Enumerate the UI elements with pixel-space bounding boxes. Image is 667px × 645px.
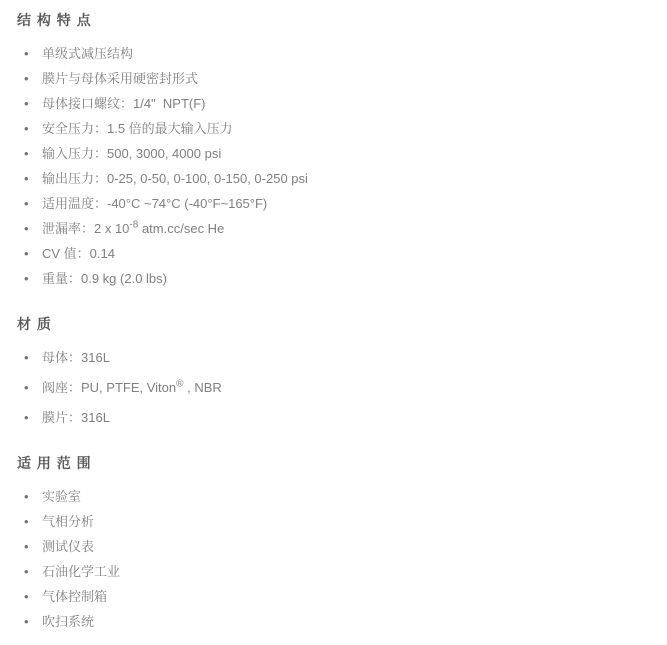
list-item-text: 泄漏率：2 x 10-8 atm.cc/sec He	[42, 221, 224, 236]
list-item-text-pre: 输入压力：500, 3000, 4000 psi	[42, 146, 221, 161]
list-item: • 泄漏率：2 x 10-8 atm.cc/sec He	[24, 221, 647, 236]
list-item-text-pre: 阀座：PU, PTFE, Viton	[42, 380, 176, 395]
list-item: • 安全压力：1.5 倍的最大输入压力	[24, 121, 647, 136]
list-item: • 膜片与母体采用硬密封形式	[24, 71, 647, 86]
list-item-text-tail: , NBR	[184, 380, 222, 395]
list-item-text-pre: 石油化学工业	[42, 564, 120, 579]
list-item-text-pre: 母体：316L	[42, 350, 110, 365]
bullet-icon: •	[24, 350, 42, 365]
spec-list: • 母体：316L • 阀座：PU, PTFE, Viton® , NBR • …	[17, 350, 647, 425]
spec-list: • 单级式减压结构 • 膜片与母体采用硬密封形式 • 母体接口螺纹：1/4" N…	[17, 46, 647, 286]
list-item-text: 适用温度：-40°C ~74°C (-40°F~165°F)	[42, 196, 267, 211]
list-item-text: CV 值：0.14	[42, 246, 115, 261]
list-item-text: 安全压力：1.5 倍的最大输入压力	[42, 121, 233, 136]
section-heading: 结 构 特 点	[17, 12, 647, 28]
spec-list: • 实验室 • 气相分析 • 测试仪表 • 石油化学工业 • 气体控制箱 • 吹…	[17, 489, 647, 629]
list-item: • 石油化学工业	[24, 564, 647, 579]
bullet-icon: •	[24, 121, 42, 136]
list-item-text: 输入压力：500, 3000, 4000 psi	[42, 146, 221, 161]
list-item-text: 母体：316L	[42, 350, 110, 365]
list-item-text: 阀座：PU, PTFE, Viton® , NBR	[42, 380, 222, 395]
bullet-icon: •	[24, 196, 42, 211]
list-item: • 气相分析	[24, 514, 647, 529]
list-item-text-pre: 输出压力：0-25, 0-50, 0-100, 0-150, 0-250 psi	[42, 171, 308, 186]
list-item-text-pre: 测试仪表	[42, 539, 94, 554]
list-item: • 适用温度：-40°C ~74°C (-40°F~165°F)	[24, 196, 647, 211]
list-item-text: 气体控制箱	[42, 589, 107, 604]
bullet-icon: •	[24, 410, 42, 425]
list-item: • 母体：316L	[24, 350, 647, 365]
list-item-text: 输出压力：0-25, 0-50, 0-100, 0-150, 0-250 psi	[42, 171, 308, 186]
bullet-icon: •	[24, 380, 42, 395]
list-item: • 实验室	[24, 489, 647, 504]
bullet-icon: •	[24, 514, 42, 529]
list-item-text-pre: 吹扫系统	[42, 614, 94, 629]
bullet-icon: •	[24, 96, 42, 111]
bullet-icon: •	[24, 171, 42, 186]
list-item-text: 重量：0.9 kg (2.0 lbs)	[42, 271, 167, 286]
section-heading: 材 质	[17, 316, 647, 332]
list-item-text-pre: 膜片：316L	[42, 410, 110, 425]
section-structural-features: 结 构 特 点 • 单级式减压结构 • 膜片与母体采用硬密封形式 • 母体接口螺…	[17, 12, 647, 286]
list-item: • 输入压力：500, 3000, 4000 psi	[24, 146, 647, 161]
bullet-icon: •	[24, 589, 42, 604]
list-item: • 母体接口螺纹：1/4" NPT(F)	[24, 96, 647, 111]
list-item-text: 石油化学工业	[42, 564, 120, 579]
bullet-icon: •	[24, 71, 42, 86]
list-item: • 阀座：PU, PTFE, Viton® , NBR	[24, 380, 647, 395]
list-item-text: 母体接口螺纹：1/4" NPT(F)	[42, 96, 206, 111]
list-item: • 重量：0.9 kg (2.0 lbs)	[24, 271, 647, 286]
list-item-text-pre: 单级式减压结构	[42, 46, 133, 61]
bullet-icon: •	[24, 46, 42, 61]
list-item-text-pre: 母体接口螺纹：1/4" NPT(F)	[42, 96, 206, 111]
section-applications: 适 用 范 围 • 实验室 • 气相分析 • 测试仪表 • 石油化学工业 • 气…	[17, 455, 647, 629]
registered-trademark-icon: ®	[176, 379, 183, 390]
bullet-icon: •	[24, 489, 42, 504]
list-item-text: 膜片与母体采用硬密封形式	[42, 71, 198, 86]
list-item: • 测试仪表	[24, 539, 647, 554]
superscript-text: -8	[129, 220, 138, 231]
bullet-icon: •	[24, 221, 42, 236]
bullet-icon: •	[24, 271, 42, 286]
list-item-text-pre: CV 值：0.14	[42, 246, 115, 261]
list-item: • CV 值：0.14	[24, 246, 647, 261]
list-item-text-pre: 实验室	[42, 489, 81, 504]
list-item: • 吹扫系统	[24, 614, 647, 629]
section-heading: 适 用 范 围	[17, 455, 647, 471]
list-item-text: 测试仪表	[42, 539, 94, 554]
list-item-text-pre: 安全压力：1.5 倍的最大输入压力	[42, 121, 233, 136]
list-item: • 输出压力：0-25, 0-50, 0-100, 0-150, 0-250 p…	[24, 171, 647, 186]
list-item-text: 吹扫系统	[42, 614, 94, 629]
list-item-text-pre: 重量：0.9 kg (2.0 lbs)	[42, 271, 167, 286]
list-item-text: 膜片：316L	[42, 410, 110, 425]
list-item-text-pre: 气相分析	[42, 514, 94, 529]
list-item: • 气体控制箱	[24, 589, 647, 604]
list-item-text-pre: 适用温度：-40°C ~74°C (-40°F~165°F)	[42, 196, 267, 211]
list-item: • 单级式减压结构	[24, 46, 647, 61]
list-item-text-pre: 气体控制箱	[42, 589, 107, 604]
bullet-icon: •	[24, 146, 42, 161]
list-item-text-pre: 泄漏率：2 x 10	[42, 221, 129, 236]
bullet-icon: •	[24, 564, 42, 579]
list-item-text: 气相分析	[42, 514, 94, 529]
list-item: • 膜片：316L	[24, 410, 647, 425]
list-item-text: 实验室	[42, 489, 81, 504]
list-item-text-pre: 膜片与母体采用硬密封形式	[42, 71, 198, 86]
content-page: 结 构 特 点 • 单级式减压结构 • 膜片与母体采用硬密封形式 • 母体接口螺…	[0, 0, 667, 645]
list-item-text-tail: atm.cc/sec He	[138, 221, 224, 236]
bullet-icon: •	[24, 614, 42, 629]
bullet-icon: •	[24, 539, 42, 554]
list-item-text: 单级式减压结构	[42, 46, 133, 61]
section-materials: 材 质 • 母体：316L • 阀座：PU, PTFE, Viton® , NB…	[17, 316, 647, 425]
bullet-icon: •	[24, 246, 42, 261]
